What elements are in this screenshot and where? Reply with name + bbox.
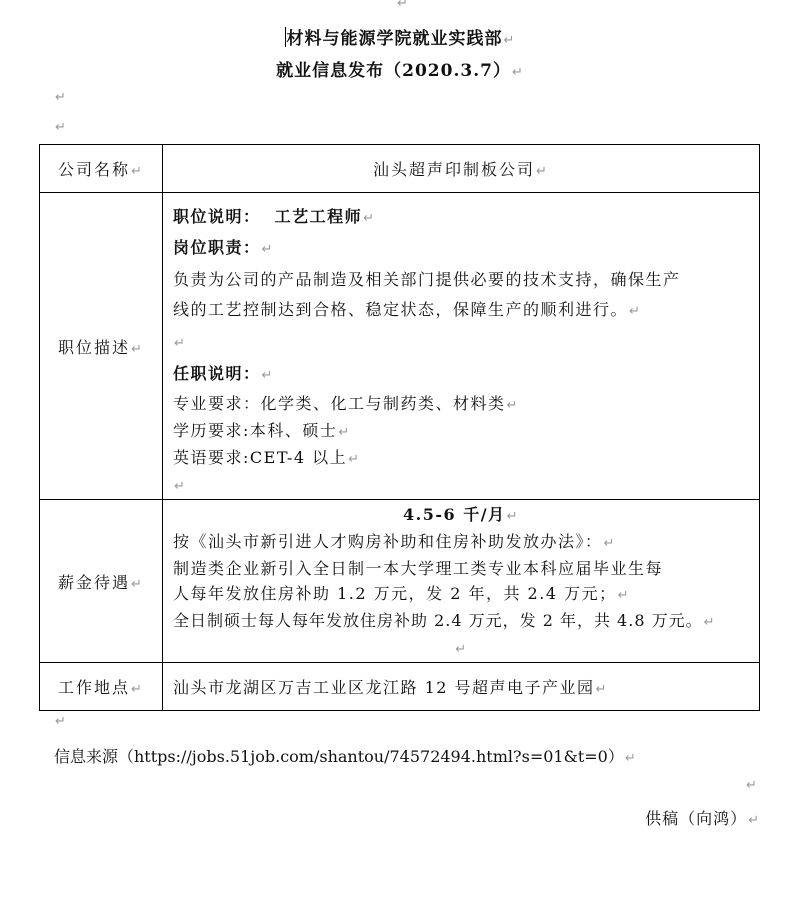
- location-label-cell: 工作地点↵: [40, 663, 163, 711]
- bachelor-subsidy-line1: 制造类企业新引入全日制一本大学理工类专业本科应届毕业生每: [173, 556, 759, 581]
- company-value-cell: 汕头超声印制板公司↵: [163, 145, 760, 193]
- duty-text-line1: 负责为公司的产品制造及相关部门提供必要的技术支持，确保生产: [173, 265, 759, 295]
- contributor: 供稿（向鸿）: [645, 809, 747, 828]
- paragraph-mark: ↵: [174, 336, 186, 351]
- paragraph-mark: ↵: [174, 479, 186, 494]
- salary-amount: 4.5-6 千/月↵: [173, 502, 759, 529]
- paragraph-mark: ↵: [55, 714, 66, 729]
- text-cursor: [285, 27, 286, 47]
- bachelor-subsidy-line2: 人每年发放住房补助 1.2 万元，发 2 年，共 2.4 万元；↵: [173, 581, 759, 608]
- salary-label-cell: 薪金待遇↵: [40, 500, 163, 663]
- paragraph-mark: ↵: [746, 778, 757, 793]
- salary-value-cell: 4.5-6 千/月↵ 按《汕头市新引进人才购房补助和住房补助发放办法》：↵ 制造…: [163, 500, 760, 663]
- work-address: 汕头市龙湖区万吉工业区龙江路 12 号超声电子产业园: [173, 678, 595, 697]
- duty-heading: 岗位职责：↵: [173, 233, 759, 265]
- table-row-company: 公司名称↵ 汕头超声印制板公司↵: [40, 145, 760, 193]
- company-label-cell: 公司名称↵: [40, 145, 163, 193]
- document-header-line1: 材料与能源学院就业实践部↵: [0, 24, 800, 49]
- english-requirement: 英语要求:CET-4 以上↵: [173, 445, 759, 472]
- paragraph-mark: ↵: [455, 642, 467, 657]
- source-link[interactable]: 信息来源（https://jobs.51job.com/shantou/7457…: [54, 747, 624, 766]
- housing-policy: 按《汕头市新引进人才购房补助和住房补助发放办法》：↵: [173, 529, 759, 556]
- table-row-position: 职位描述↵ 职位说明： 工艺工程师↵ 岗位职责：↵ 负责为公司的产品制造及相关部…: [40, 193, 760, 500]
- master-subsidy: 全日制硕士每人每年发放住房补助 2.4 万元，发 2 年，共 4.8 万元。↵: [173, 608, 759, 635]
- table-row-salary: 薪金待遇↵ 4.5-6 千/月↵ 按《汕头市新引进人才购房补助和住房补助发放办法…: [40, 500, 760, 663]
- contributor-line: 供稿（向鸿）↵: [645, 806, 760, 829]
- position-title: 职位说明： 工艺工程师↵: [173, 203, 759, 233]
- position-value-cell: 职位说明： 工艺工程师↵ 岗位职责：↵ 负责为公司的产品制造及相关部门提供必要的…: [163, 193, 760, 500]
- company-name: 汕头超声印制板公司: [373, 160, 535, 179]
- requirements-heading: 任职说明：↵: [173, 359, 759, 391]
- major-requirement: 专业要求：化学类、化工与制药类、材料类↵: [173, 391, 759, 418]
- duty-text-line2: 线的工艺控制达到合格、稳定状态，保障生产的顺利进行。↵: [173, 295, 759, 327]
- job-info-table: 公司名称↵ 汕头超声印制板公司↵ 职位描述↵ 职位说明： 工艺工程师↵ 岗位职责…: [39, 144, 760, 711]
- document-header-line2: 就业信息发布（2020.3.7）↵: [0, 56, 800, 81]
- release-title: 就业信息发布（2020.3.7）: [276, 61, 511, 81]
- info-source: 信息来源（https://jobs.51job.com/shantou/7457…: [54, 744, 636, 767]
- department-title: 材料与能源学院就业实践部: [287, 29, 503, 49]
- location-value-cell: 汕头市龙湖区万吉工业区龙江路 12 号超声电子产业园↵: [163, 663, 760, 711]
- position-label-cell: 职位描述↵: [40, 193, 163, 500]
- paragraph-mark: ↵: [397, 0, 408, 11]
- paragraph-mark: ↵: [55, 90, 66, 105]
- degree-requirement: 学历要求:本科、硕士↵: [173, 418, 759, 445]
- paragraph-mark: ↵: [55, 120, 66, 135]
- table-row-location: 工作地点↵ 汕头市龙湖区万吉工业区龙江路 12 号超声电子产业园↵: [40, 663, 760, 711]
